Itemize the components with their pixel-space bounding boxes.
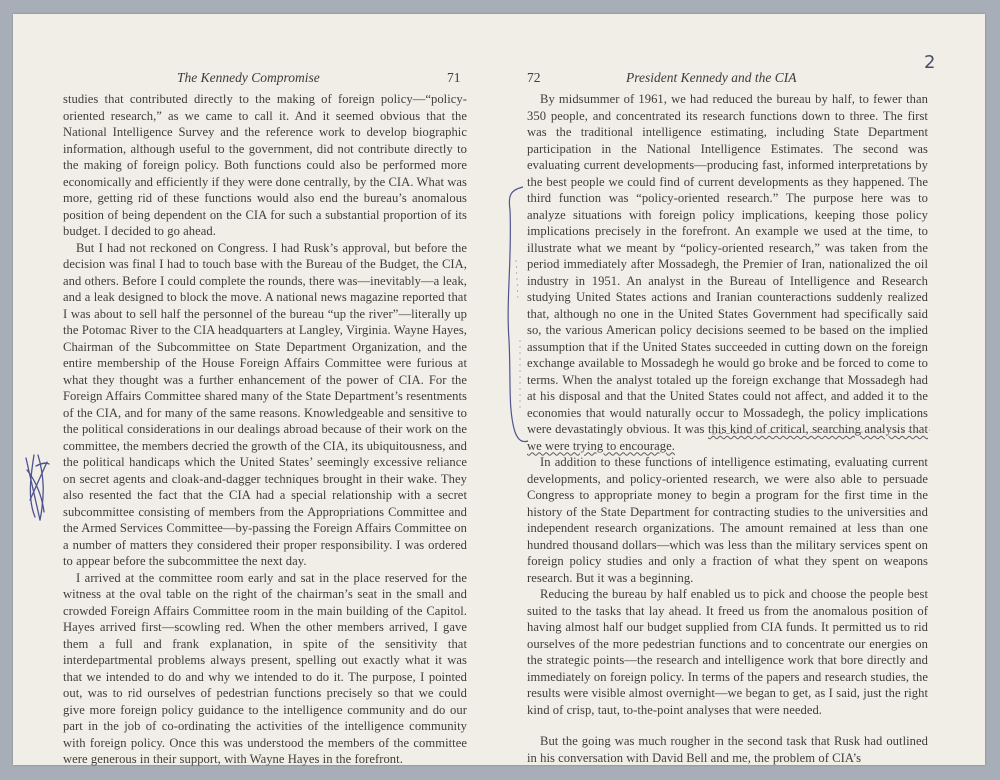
paragraph: studies that contributed directly to the… <box>63 91 467 240</box>
left-running-head: The Kennedy Compromise <box>177 70 320 86</box>
paragraph: But the going was much rougher in the se… <box>527 733 928 766</box>
right-running-head: President Kennedy and the CIA <box>626 70 796 86</box>
right-page-body: By midsummer of 1961, we had reduced the… <box>527 91 928 766</box>
paragraph: But I had not reckoned on Congress. I ha… <box>63 240 467 570</box>
left-running-title: The Kennedy Compromise <box>177 70 320 85</box>
paragraph: Reducing the bureau by half enabled us t… <box>527 586 928 718</box>
left-page-body: studies that contributed directly to the… <box>63 91 467 768</box>
left-page-number: 71 <box>447 70 461 86</box>
right-running-title: President Kennedy and the CIA <box>626 70 796 85</box>
paragraph: In addition to these functions of intell… <box>527 454 928 586</box>
right-page-number: 72 <box>527 70 541 86</box>
paragraph: I arrived at the committee room early an… <box>63 570 467 768</box>
paragraph: By midsummer of 1961, we had reduced the… <box>527 91 928 454</box>
paragraph-text: By midsummer of 1961, we had reduced the… <box>527 92 928 436</box>
handwritten-page-number: 2 <box>924 52 935 73</box>
